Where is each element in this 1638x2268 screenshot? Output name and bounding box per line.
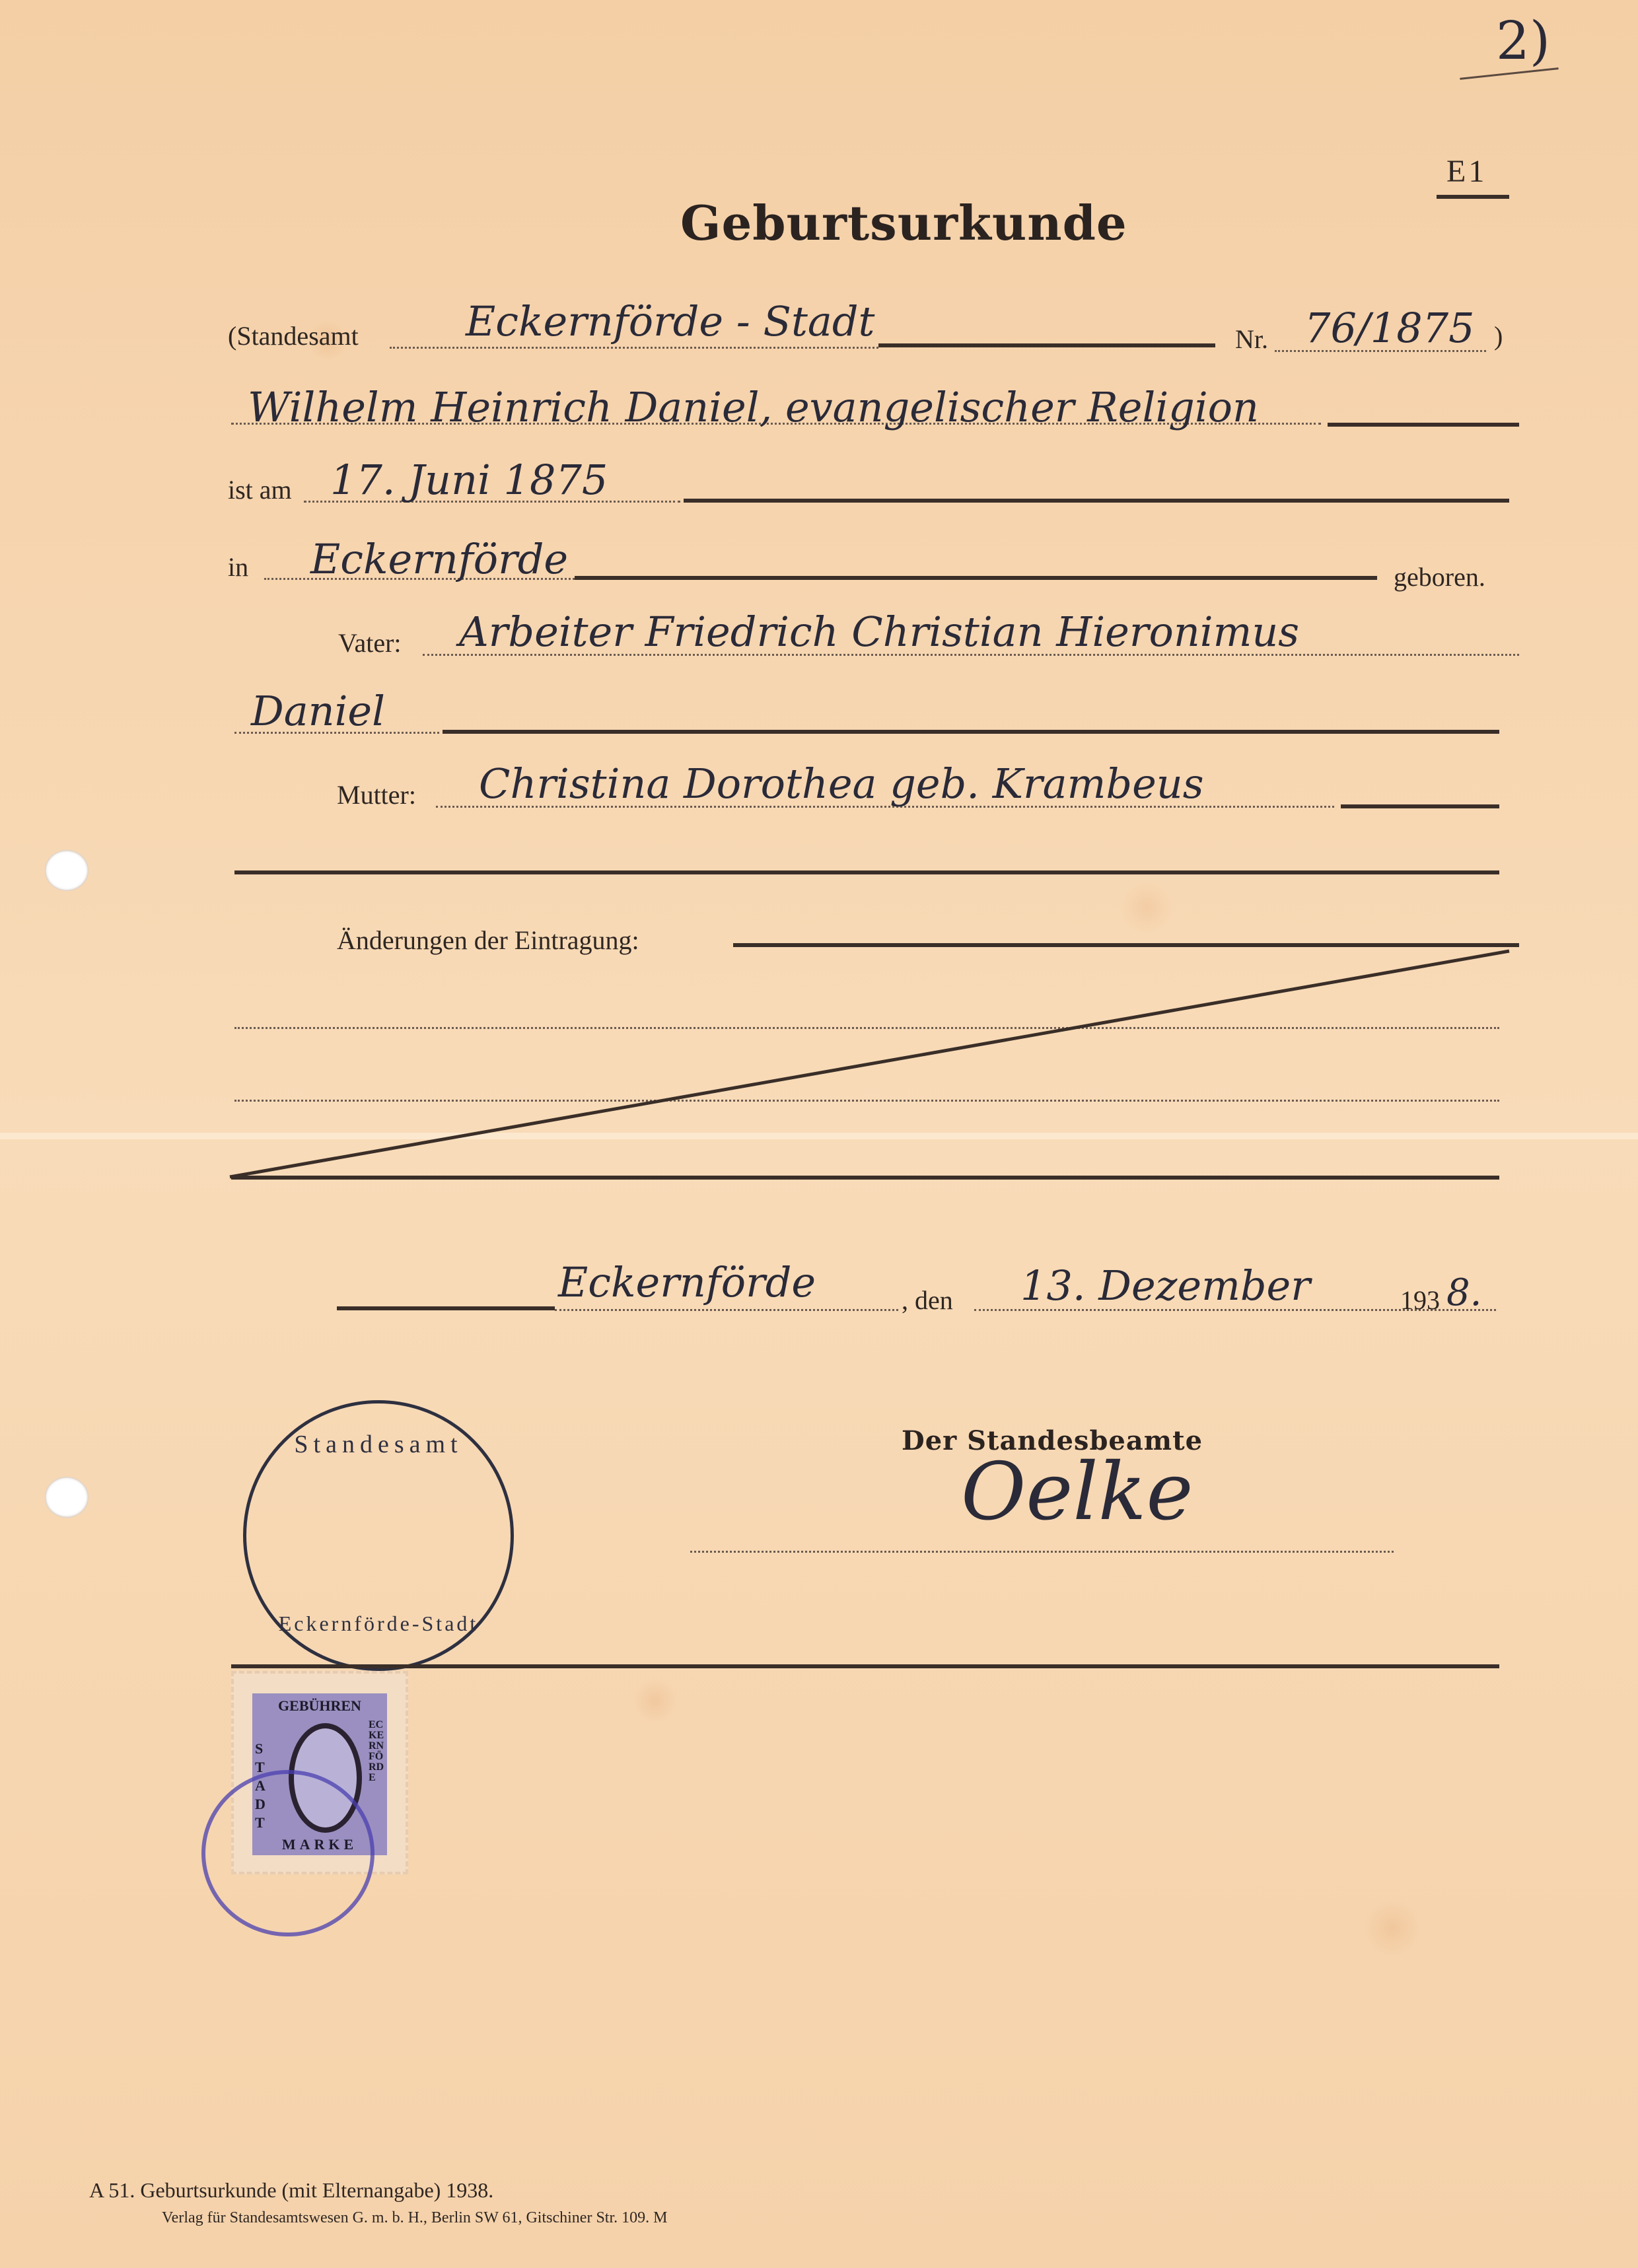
registry-office-label: (Standesamt (228, 320, 359, 351)
mother-rule (1341, 804, 1499, 808)
page-title: Geburtsurkunde (680, 195, 1127, 251)
punch-hole-upper (45, 850, 89, 891)
seal-top-text: Standesamt (246, 1430, 511, 1459)
birth-place-value: Eckernförde (310, 535, 568, 583)
fee-stamp-right: ECKERNFÖRDE (369, 1720, 384, 1783)
signature-name: Oelke (961, 1446, 1193, 1538)
child-name-religion: Wilhelm Heinrich Daniel, evangelischer R… (248, 383, 1259, 431)
birth-date-value: 17. Juni 1875 (330, 456, 608, 504)
seal-bottom-text: Eckernförde-Stadt (246, 1612, 511, 1636)
registry-rule (878, 343, 1215, 347)
footer-form-line: A 51. Geburtsurkunde (mit Elternangabe) … (89, 2178, 493, 2203)
birth-date-label: ist am (228, 474, 292, 505)
issue-date-value: 13. Dezember (1020, 1261, 1310, 1310)
fee-stamp-cancellation (201, 1770, 374, 1936)
mother-rule-2 (234, 870, 1499, 874)
official-seal: Standesamt Eckernförde-Stadt (243, 1400, 514, 1671)
signature-dotline (690, 1551, 1394, 1553)
registry-office-value: Eckernförde - Stadt (466, 297, 874, 345)
registry-number-value: 76/1875 (1304, 304, 1475, 352)
punch-hole-lower (45, 1477, 89, 1518)
child-rule (1328, 423, 1519, 427)
issue-date-label: , den (902, 1285, 953, 1316)
issue-place-value: Eckernförde (558, 1258, 816, 1306)
mother-label: Mutter: (337, 779, 416, 810)
registry-number-label: Nr. (1235, 324, 1268, 355)
archive-mark: 2) (1496, 10, 1550, 71)
signature-bottom-rule (231, 1664, 1499, 1668)
form-code: E1 (1446, 153, 1487, 190)
issue-place-dotline (555, 1309, 898, 1311)
father-value-line2: Daniel (251, 687, 385, 735)
issue-year-suffix: 8. (1446, 1271, 1481, 1314)
birth-place-rule (575, 576, 1377, 580)
registry-office-dotline (390, 347, 878, 349)
father-label: Vater: (338, 627, 402, 658)
amendments-strike-line (225, 938, 1519, 1189)
form-code-underline (1437, 195, 1509, 199)
footer-publisher-line: Verlag für Standesamtswesen G. m. b. H.,… (162, 2209, 667, 2227)
birth-place-suffix: geboren. (1394, 561, 1485, 592)
issue-rule (337, 1306, 555, 1310)
birth-date-rule (684, 499, 1509, 503)
fee-stamp-top: GEBÜHREN (252, 1697, 387, 1715)
mother-value: Christina Dorothea geb. Krambeus (479, 760, 1204, 808)
father-value-line1: Arbeiter Friedrich Christian Hieronimus (459, 608, 1299, 656)
issue-year-prefix: 193 (1400, 1285, 1440, 1316)
father-rule (443, 730, 1499, 734)
registry-close-paren: ) (1494, 320, 1503, 351)
birth-place-label: in (228, 551, 248, 583)
